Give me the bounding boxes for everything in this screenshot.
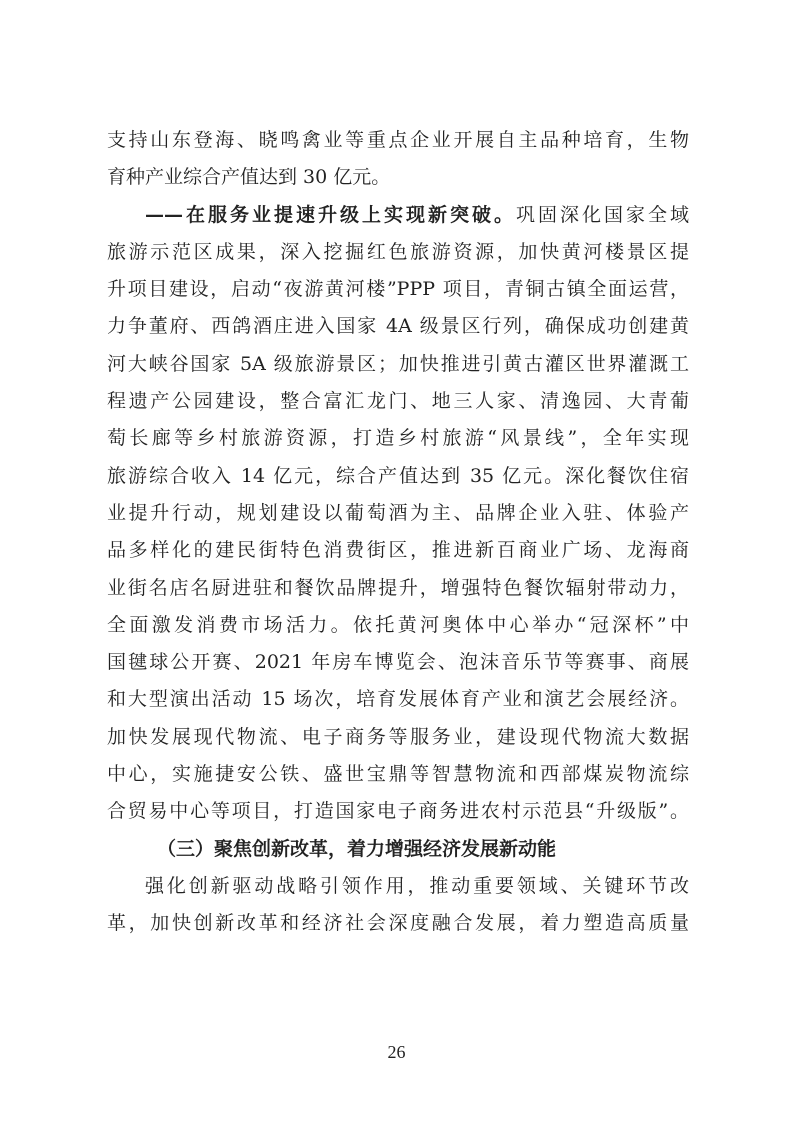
text-line: 强化创新驱动战略引领作用，推动重要领域、关键环节改	[107, 868, 689, 905]
document-body: 支持山东登海、晓鸣禽业等重点企业开展自主品种培育，生物 育种产业综合产值达到 3…	[107, 122, 689, 943]
text-line: 国毽球公开赛、2021 年房车博览会、泡沫音乐节等赛事、商展	[107, 644, 689, 681]
text-line: 河大峡谷国家 5A 级旅游景区；加快推进引黄古灌区世界灌溉工	[107, 346, 689, 383]
text-line: 合贸易中心等项目，打造国家电子商务进农村示范县“升级版”。	[107, 793, 689, 830]
section-lead-heading: ——在服务业提速升级上实现新突破。	[145, 204, 516, 226]
section-lead-line: ——在服务业提速升级上实现新突破。巩固深化国家全域	[107, 197, 689, 234]
text-line: 育种产业综合产值达到 30 亿元。	[107, 159, 689, 196]
text-line: 革，加快创新改革和经济社会深度融合发展，着力塑造高质量	[107, 905, 689, 942]
page-number: 26	[0, 1042, 793, 1063]
text-line: 和大型演出活动 15 场次，培育发展体育产业和演艺会展经济。	[107, 681, 689, 718]
document-page: 支持山东登海、晓鸣禽业等重点企业开展自主品种培育，生物 育种产业综合产值达到 3…	[0, 0, 793, 1122]
text-line: 全面激发消费市场活力。依托黄河奥体中心举办“冠深杯”中	[107, 607, 689, 644]
text-line: 品多样化的建民街特色消费街区，推进新百商业广场、龙海商	[107, 532, 689, 569]
text-line: 中心，实施捷安公铁、盛世宝鼎等智慧物流和西部煤炭物流综	[107, 756, 689, 793]
section-lead-text: 巩固深化国家全域	[516, 204, 689, 226]
text-line: 升项目建设，启动“夜游黄河楼”PPP 项目，青铜古镇全面运营，	[107, 271, 689, 308]
text-line: 业提升行动，规划建设以葡萄酒为主、品牌企业入驻、体验产	[107, 495, 689, 532]
text-line: 程遗产公园建设，整合富汇龙门、地三人家、清逸园、大青葡	[107, 383, 689, 420]
section-heading: （三）聚焦创新改革，着力增强经济发展新动能	[107, 831, 689, 868]
text-line: 业街名店名厨进驻和餐饮品牌提升，增强特色餐饮辐射带动力，	[107, 570, 689, 607]
text-line: 力争董府、西鸽酒庄进入国家 4A 级景区行列，确保成功创建黄	[107, 308, 689, 345]
text-line: 萄长廊等乡村旅游资源，打造乡村旅游“风景线”，全年实现	[107, 420, 689, 457]
text-line: 支持山东登海、晓鸣禽业等重点企业开展自主品种培育，生物	[107, 122, 689, 159]
text-line: 旅游示范区成果，深入挖掘红色旅游资源，加快黄河楼景区提	[107, 234, 689, 271]
text-line: 旅游综合收入 14 亿元，综合产值达到 35 亿元。深化餐饮住宿	[107, 458, 689, 495]
text-line: 加快发展现代物流、电子商务等服务业，建设现代物流大数据	[107, 719, 689, 756]
